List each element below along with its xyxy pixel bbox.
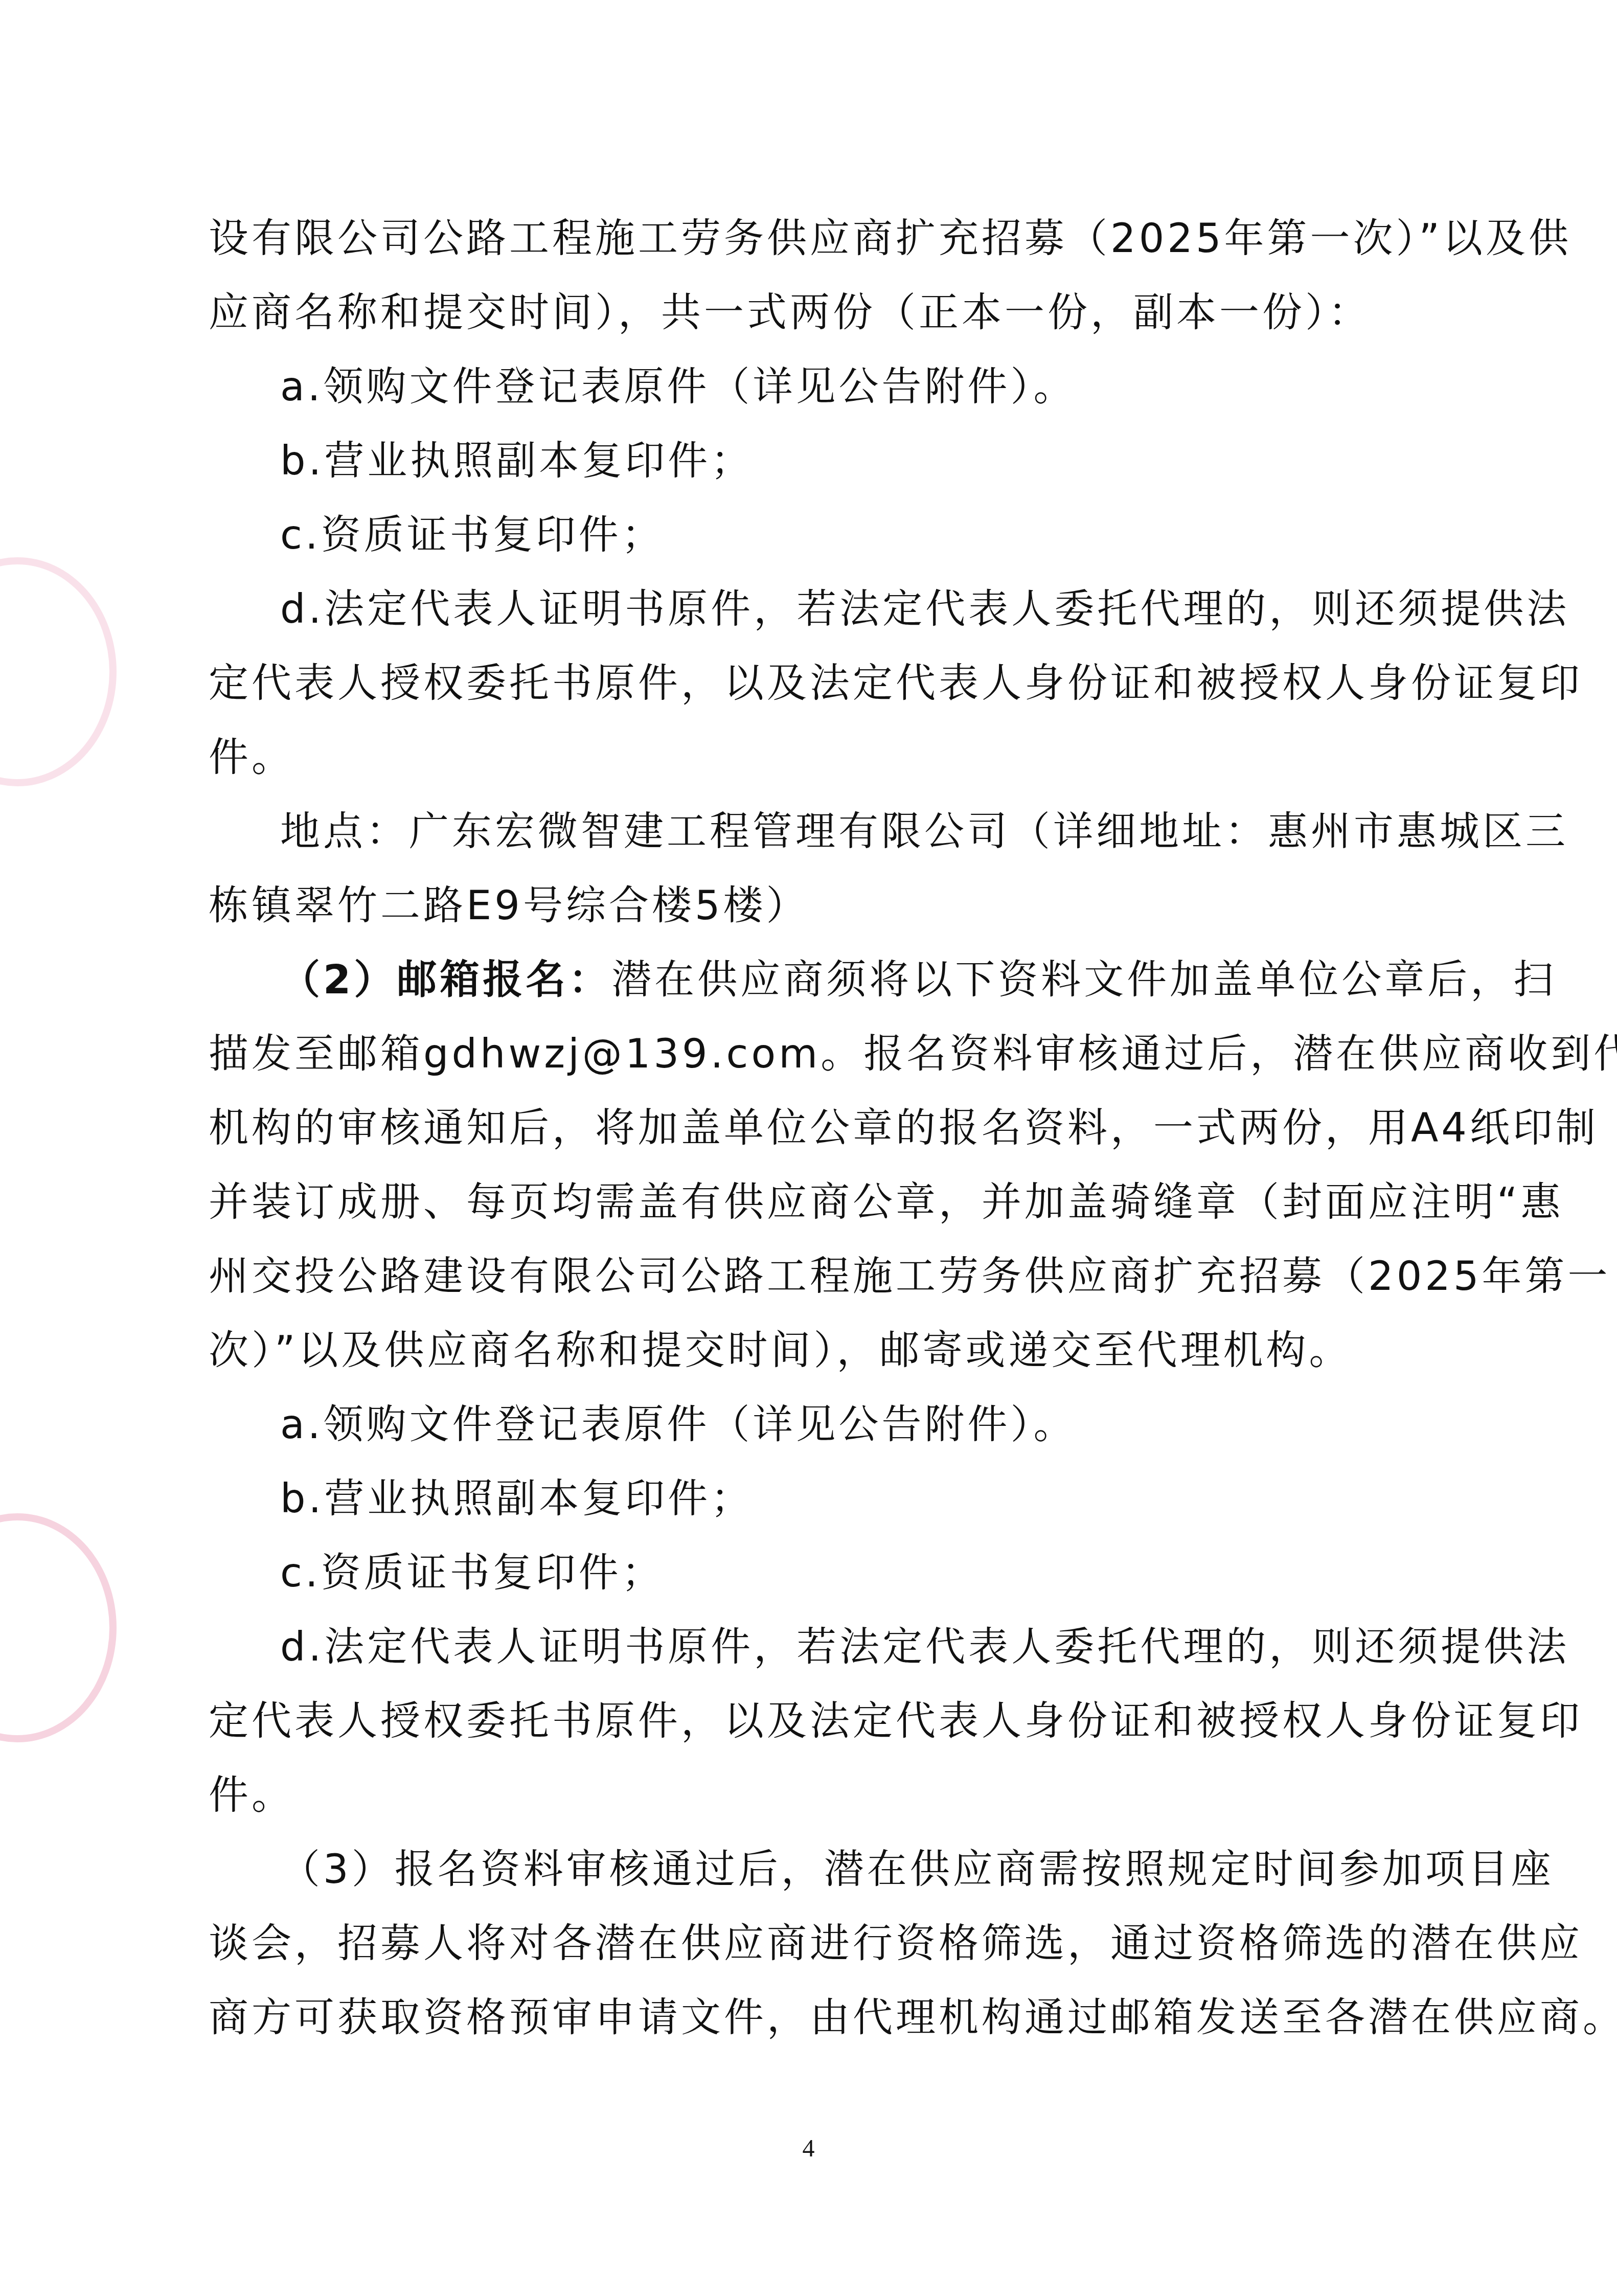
text-line: 次）”以及供应商名称和提交时间），邮寄或递交至代理机构。 bbox=[209, 1314, 1420, 1388]
list-item-a: a.领购文件登记表原件（详见公告附件）。 bbox=[209, 350, 1420, 424]
text-line: 设有限公司公路工程施工劳务供应商扩充招募（2025年第一次）”以及供 bbox=[209, 202, 1420, 276]
list-item-d: d.法定代表人证明书原件，若法定代表人委托代理的，则还须提供法 bbox=[209, 573, 1420, 647]
section-3-first-line: （3）报名资料审核通过后，潜在供应商需按照规定时间参加项目座 bbox=[209, 1833, 1420, 1907]
document-body: 设有限公司公路工程施工劳务供应商扩充招募（2025年第一次）”以及供 应商名称和… bbox=[209, 202, 1420, 2055]
text-line: 应商名称和提交时间），共一式两份（正本一份，副本一份）： bbox=[209, 276, 1420, 350]
text-line: 谈会，招募人将对各潜在供应商进行资格筛选，通过资格筛选的潜在供应 bbox=[209, 1907, 1420, 1981]
list-item-c: c.资质证书复印件； bbox=[209, 1536, 1420, 1610]
list-item-b: b.营业执照副本复印件； bbox=[209, 1462, 1420, 1536]
text-line: 机构的审核通知后，将加盖单位公章的报名资料，一式两份，用A4纸印制 bbox=[209, 1092, 1420, 1166]
text-line: 商方可获取资格预审申请文件，由代理机构通过邮箱发送至各潜在供应商。 bbox=[209, 1981, 1420, 2055]
location-line: 地点：广东宏微智建工程管理有限公司（详细地址：惠州市惠城区三 bbox=[209, 795, 1420, 869]
list-item-d: d.法定代表人证明书原件，若法定代表人委托代理的，则还须提供法 bbox=[209, 1610, 1420, 1685]
text-line: 件。 bbox=[209, 721, 1420, 795]
text-line: 件。 bbox=[209, 1759, 1420, 1833]
section-2-text: 潜在供应商须将以下资料文件加盖单位公章后，扫 bbox=[611, 957, 1556, 1003]
text-line: 州交投公路建设有限公司公路工程施工劳务供应商扩充招募（2025年第一 bbox=[209, 1240, 1420, 1314]
list-item-c: c.资质证书复印件； bbox=[209, 498, 1420, 573]
list-item-a: a.领购文件登记表原件（详见公告附件）。 bbox=[209, 1388, 1420, 1462]
page-number: 4 bbox=[0, 2134, 1617, 2163]
text-line: 定代表人授权委托书原件，以及法定代表人身份证和被授权人身份证复印 bbox=[209, 647, 1420, 721]
text-line: 定代表人授权委托书原件，以及法定代表人身份证和被授权人身份证复印 bbox=[209, 1685, 1420, 1759]
seal-stamp-partial bbox=[0, 557, 117, 786]
address-line: 栋镇翠竹二路E9号综合楼5楼） bbox=[209, 869, 1420, 943]
text-line: 描发至邮箱gdhwzj@139.com。报名资料审核通过后，潜在供应商收到代理 bbox=[209, 1017, 1420, 1092]
section-2-heading: （2）邮箱报名： bbox=[280, 957, 611, 1003]
seal-stamp-partial bbox=[0, 1513, 117, 1742]
document-page: 设有限公司公路工程施工劳务供应商扩充招募（2025年第一次）”以及供 应商名称和… bbox=[0, 0, 1617, 2296]
list-item-b: b.营业执照副本复印件； bbox=[209, 424, 1420, 498]
section-2-first-line: （2）邮箱报名：潜在供应商须将以下资料文件加盖单位公章后，扫 bbox=[209, 943, 1420, 1017]
text-line: 并装订成册、每页均需盖有供应商公章，并加盖骑缝章（封面应注明“惠 bbox=[209, 1166, 1420, 1240]
